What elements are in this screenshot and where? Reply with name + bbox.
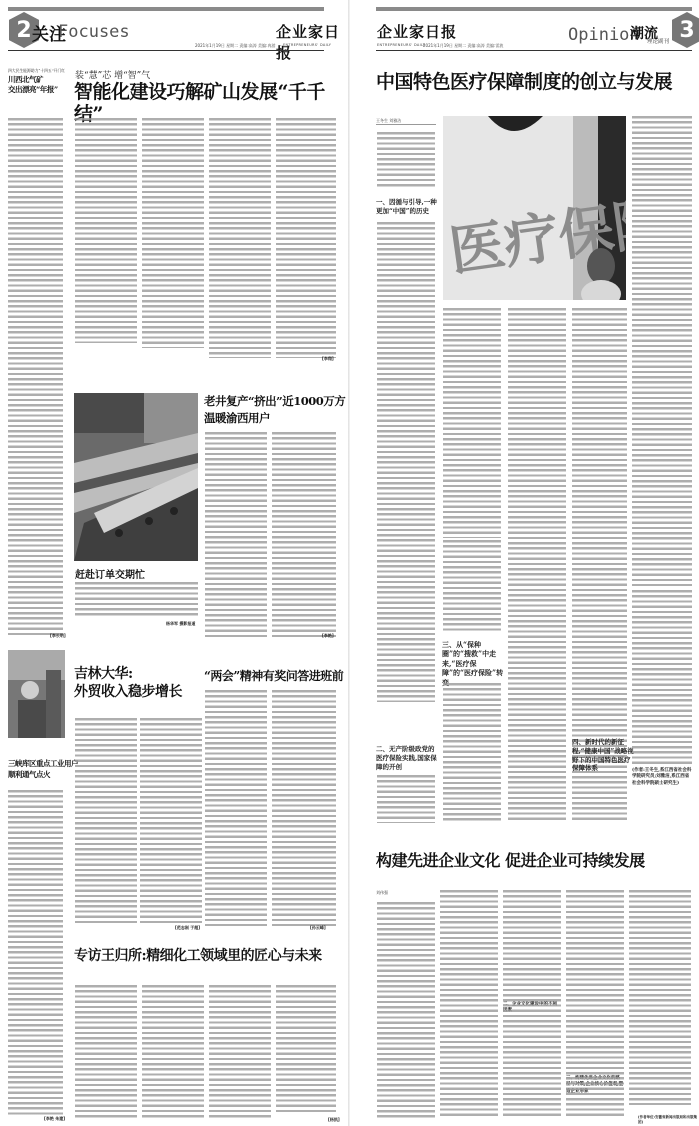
culture-headline: 构建先进企业文化 促进企业可持续发展 (376, 852, 645, 870)
lead-credit: [李翔] (322, 356, 334, 362)
culture-body-col3 (503, 890, 561, 1118)
feature-body-col3 (209, 985, 271, 1118)
jilin-headline-1: 吉林大华: (74, 666, 133, 682)
header-bar (8, 7, 324, 11)
medical-body-col3 (508, 308, 566, 823)
lead-body-col1 (75, 118, 137, 343)
medical-body-col1 (377, 222, 435, 702)
worker-photo (8, 650, 65, 738)
byline-rule (376, 124, 436, 125)
medical-body-col1b (377, 775, 435, 823)
sanxia-headline-2: 顺利通气点火 (8, 771, 50, 780)
sanxia-headline-1: 三峡库区重点工业用户 (8, 760, 78, 769)
dateline: 2021年1月19日 星期二 责编:高涛 美编:雷波 (423, 43, 503, 49)
culture-body-col1 (377, 902, 435, 1118)
left-page: 2 关注 Focuses 企业家日报 2021年1月19日 星期二 责编:高涛 … (0, 0, 349, 1126)
oldwell-credit: [李艳] (322, 633, 334, 639)
sidebar-headline-1: 川西北气矿 (8, 76, 43, 85)
section-title-en: Focuses (58, 22, 130, 42)
section-title-en: Opinion (568, 25, 640, 45)
feature-body-col1 (75, 985, 137, 1118)
masthead-logo: 企业家日报 (276, 21, 349, 63)
medical-insurance-photo: 医疗保险 (443, 116, 626, 300)
culture-byline: 刘伟强 (376, 890, 388, 896)
sanxia-body-text (8, 790, 63, 1115)
oldwell-headline-1: 老井复产“挤出”近1000万方 (204, 395, 345, 408)
oldwell-body-col2 (272, 432, 336, 637)
feature-headline: 专访王归所:精细化工领域里的匠心与未来 (74, 948, 322, 964)
lead-body-col4 (276, 118, 336, 358)
masthead-logo: 企业家日报 (377, 21, 457, 42)
feature-credit: [杨凯] (328, 1117, 340, 1123)
sidebar-headline-2: 交出漂亮“年报” (8, 86, 58, 95)
lead-body-col2 (142, 118, 204, 348)
photo-credit: 杨华军 摄影报道 (166, 621, 195, 627)
medical-section-4: 四、新时代的新征程,“健康中国”战略视野下的中国特色医疗保障体系 (572, 738, 634, 773)
medical-body-col2c (443, 683, 501, 823)
lianghui-headline: “两会”精神有奖问答进班前 (204, 670, 343, 684)
jilin-body-col1 (75, 718, 137, 926)
culture-body-col5 (629, 890, 691, 1105)
lianghui-body-col2 (272, 690, 336, 926)
sidebar-kicker: 四大民生能源助力“十四五”开门红 (8, 68, 65, 74)
culture-author-note: (作者单位:安徽省新闻出版局和出版集团) (638, 1115, 699, 1125)
medical-section-3: 三、从“保种圈”的“搜救”中走来,“医疗保障”的“医疗保险”转变 (442, 640, 504, 687)
feature-body-col2 (142, 985, 204, 1118)
oldwell-headline-2: 温暖渝西用户 (204, 412, 270, 425)
sidebar-credit: [李长明] (50, 633, 66, 639)
factory-photo (74, 393, 198, 561)
photo-caption-text (75, 582, 198, 618)
medical-body-col4b (632, 590, 692, 765)
medical-body-col2b (443, 540, 501, 632)
photo-caption-title: 赶赴订单交期忙 (75, 566, 145, 581)
masthead-en: ENTREPRENEURS' DAILY (377, 43, 425, 47)
medical-headline: 中国特色医疗保障制度的创立与发展 (376, 72, 672, 94)
lianghui-credit: [孙云峰] (310, 925, 326, 931)
header-bar (376, 7, 692, 11)
page-number-badge: 3 (672, 12, 699, 48)
jilin-credit: [范志刚 于超] (175, 925, 200, 931)
medical-author-note: (作者:王冬生,系江西省社会科学院研究员;刘雅洁,系江西省社会科学院硕士研究生) (632, 768, 692, 787)
culture-body-col2 (440, 890, 498, 1118)
medical-body-col2a (443, 308, 501, 538)
dateline: 2021年1月19日 星期二 责编:高涛 美编:冉游 (195, 43, 275, 49)
jilin-body-col2 (140, 718, 202, 926)
right-page: 企业家日报 ENTREPRENEURS' DAILY 2021年1月19日 星期… (350, 0, 699, 1126)
header-rule (8, 50, 324, 51)
section-subtitle: 理论副刊 (647, 37, 669, 45)
lead-body-col3 (209, 118, 271, 358)
lead-kicker: 装“慧”芯 增“智”气 (75, 68, 150, 81)
header-rule (376, 50, 692, 51)
oldwell-body-col1 (205, 432, 267, 637)
sanxia-credit: [李艳 朱建] (44, 1116, 65, 1122)
masthead-en: ENTREPRENEURS' DAILY (283, 43, 331, 47)
medical-body-col4 (632, 116, 692, 586)
jilin-headline-2: 外贸收入稳步增长 (74, 684, 182, 700)
medical-intro-text (377, 132, 435, 188)
feature-body-col4 (276, 985, 336, 1115)
medical-section-1: 一、因循与引导,一种更加“中国”的历史 (376, 198, 438, 216)
sidebar-body-text (8, 118, 63, 638)
culture-body-col4 (566, 890, 624, 1118)
medical-section-2: 二、无产阶级政党的医疗保险实践,国家保障的开创 (376, 745, 438, 771)
lianghui-body-col1 (205, 690, 267, 926)
